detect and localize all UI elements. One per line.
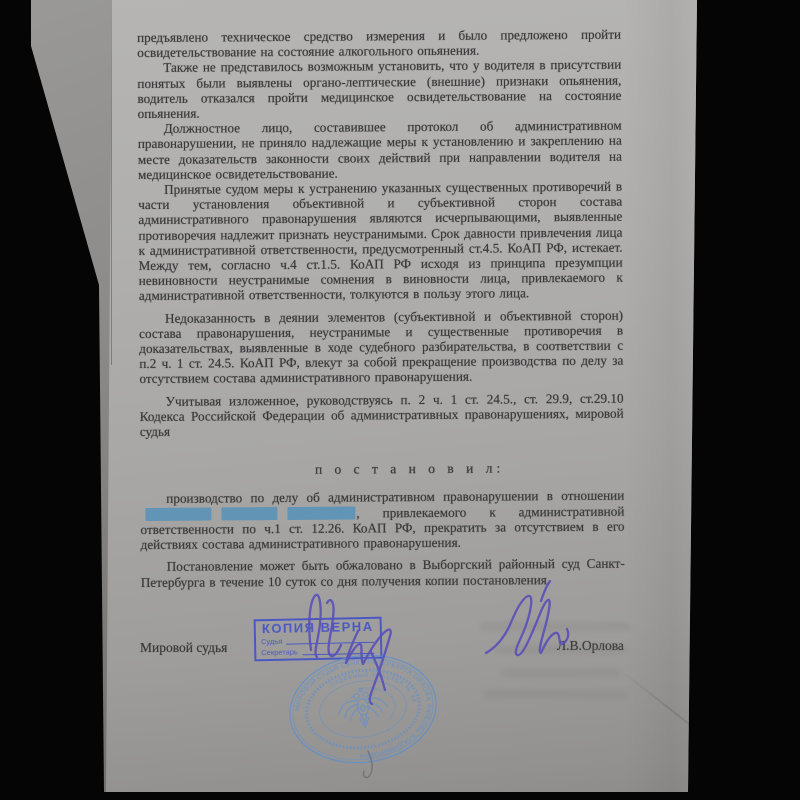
pen-mark (364, 751, 373, 778)
photo-of-court-ruling: предъявлено техническое средство измерен… (0, 0, 800, 800)
handwritten-signatures (0, 0, 800, 800)
judge-signature-main (486, 581, 568, 655)
secretary-signature-on-seal (346, 630, 391, 704)
judge-signature-on-stamp (309, 595, 341, 657)
